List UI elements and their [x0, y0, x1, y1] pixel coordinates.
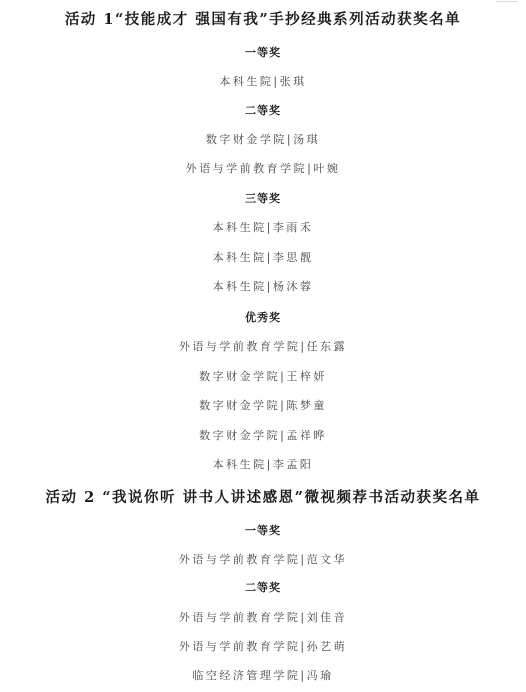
activity-1-award-second: 二等奖: [0, 102, 526, 118]
winner-entry: 本科生院|张琪: [0, 73, 526, 89]
activity-1-award-third: 三等奖: [0, 190, 526, 206]
winner-entry: 本科生院|李孟阳: [0, 456, 526, 472]
winner-entry: 数字财金学院|孟祥晔: [0, 427, 526, 443]
activity-1-award-excellence: 优秀奖: [0, 309, 526, 325]
activity-2-award-first: 一等奖: [0, 522, 526, 538]
winner-entry: 数字财金学院|王梓妍: [0, 368, 526, 384]
winner-entry: 外语与学前教育学院|刘佳音: [0, 609, 526, 625]
activity-1-award-first: 一等奖: [0, 44, 526, 60]
activity-2-award-second: 二等奖: [0, 579, 526, 595]
winner-entry: 数字财金学院|汤琪: [0, 131, 526, 147]
activity-1-title: 活动 1“技能成才 强国有我”手抄经典系列活动获奖名单: [0, 8, 526, 29]
activity-2-title: 活动 2 “我说你听 讲书人讲述感恩”微视频荐书活动获奖名单: [0, 486, 526, 507]
winner-entry: 数字财金学院|陈梦童: [0, 397, 526, 413]
winner-entry: 外语与学前教育学院|范文华: [0, 551, 526, 567]
winner-entry: 本科生院|李思靓: [0, 249, 526, 265]
winner-entry: 外语与学前教育学院|任东露: [0, 338, 526, 354]
winner-entry: 临空经济管理学院|冯瑜: [0, 667, 526, 683]
page-edge-line: [496, 1, 518, 2]
winner-entry: 外语与学前教育学院|叶婉: [0, 160, 526, 176]
winner-entry: 外语与学前教育学院|孙艺萌: [0, 638, 526, 654]
winner-entry: 本科生院|李雨禾: [0, 219, 526, 235]
winner-entry: 本科生院|杨沐蓉: [0, 278, 526, 294]
